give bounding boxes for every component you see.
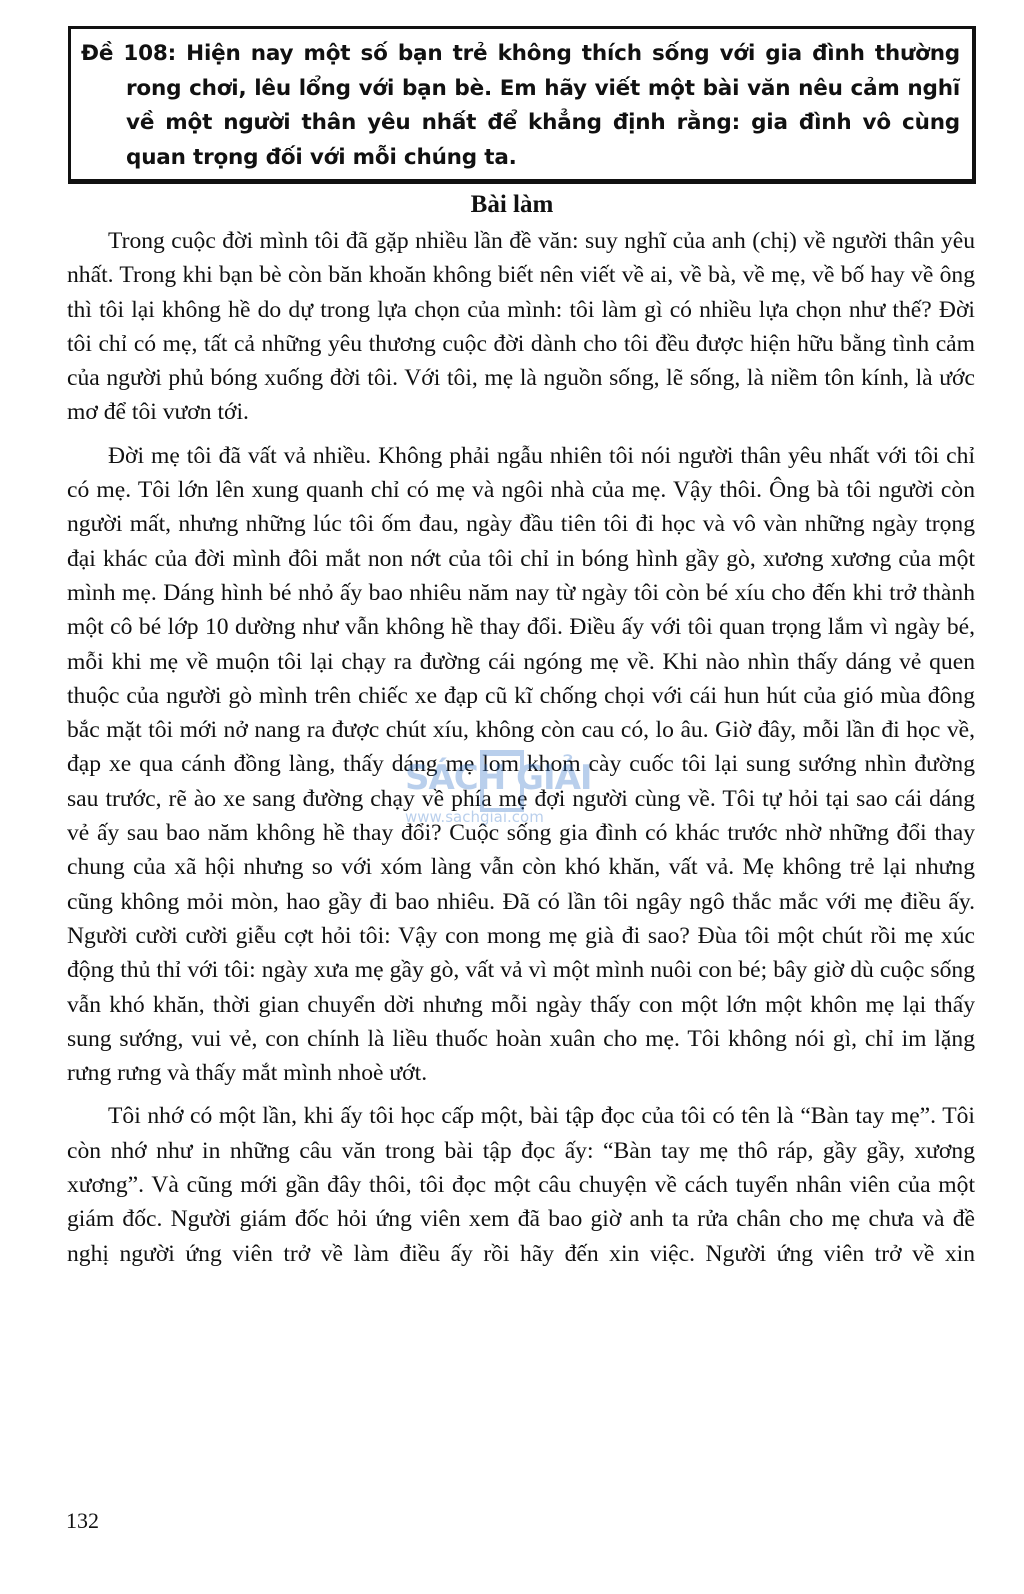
exercise-prompt-box: Đề 108: Hiện nay một số bạn trẻ không th… xyxy=(68,26,976,184)
exercise-prompt-text: Đề 108: Hiện nay một số bạn trẻ không th… xyxy=(81,37,960,175)
essay-title: Bài làm xyxy=(0,188,1024,222)
page-number: 132 xyxy=(66,1506,99,1536)
essay-paragraph-1: Trong cuộc đời mình tôi đã gặp nhiều lần… xyxy=(67,224,975,430)
essay-paragraph-2: Đời mẹ tôi đã vất vả nhiều. Không phải n… xyxy=(67,439,975,1091)
essay-paragraph-3: Tôi nhớ có một lần, khi ấy tôi học cấp m… xyxy=(67,1099,975,1270)
essay-body: Trong cuộc đời mình tôi đã gặp nhiều lần… xyxy=(67,224,975,1280)
